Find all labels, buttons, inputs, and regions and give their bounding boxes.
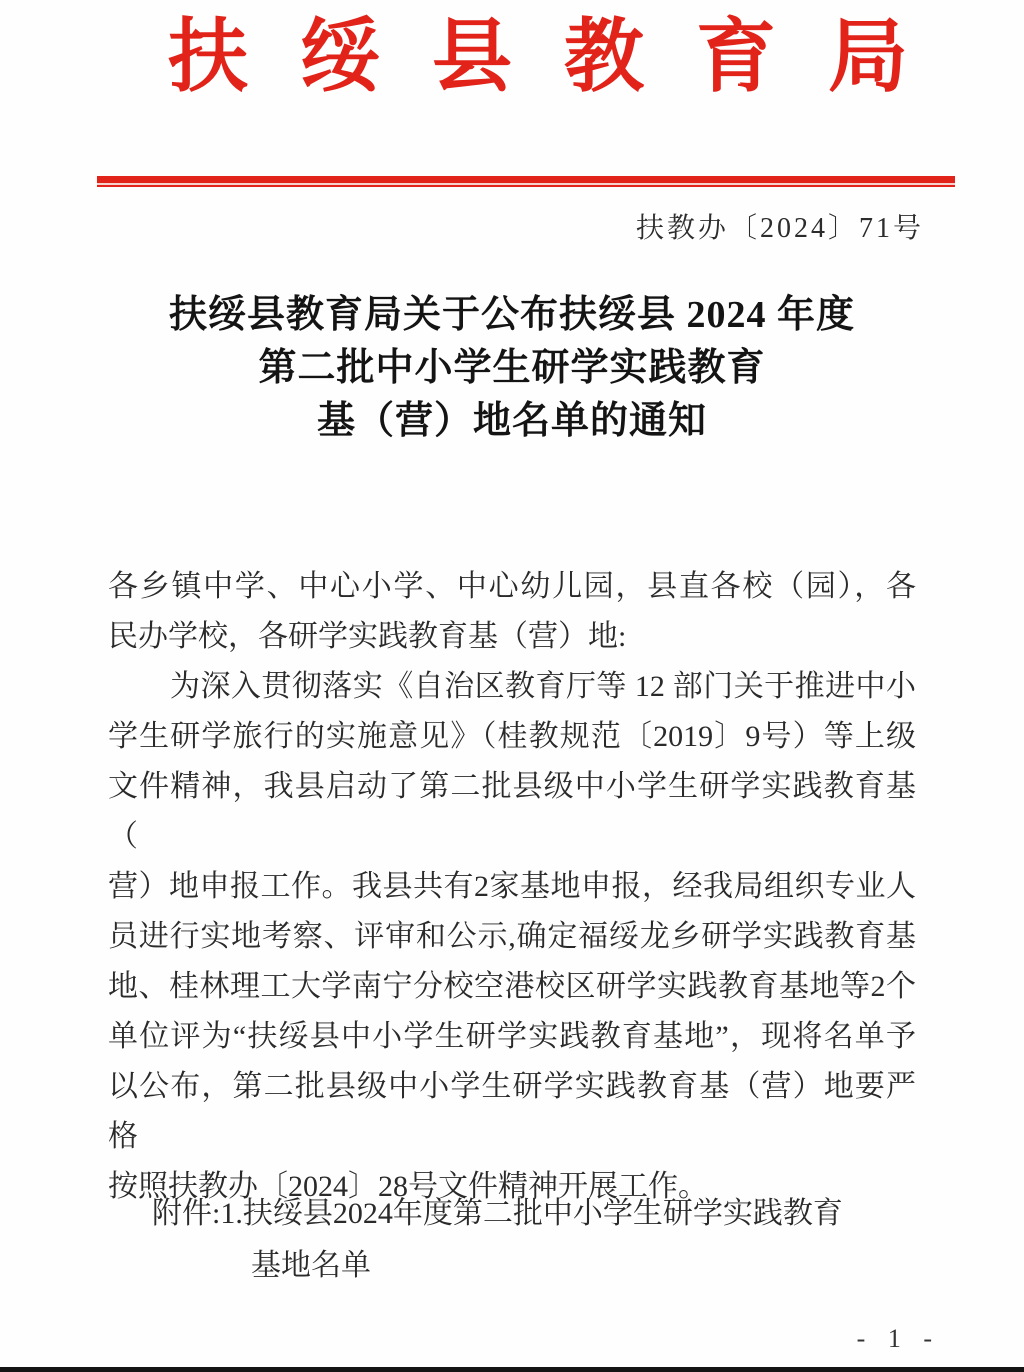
attachment-section: 附件:1.扶绥县2024年度第二批中小学生研学实践教育 基地名单 <box>108 1188 916 1292</box>
scan-bottom-edge <box>0 1367 1024 1372</box>
body-line: 地、桂林理工大学南宁分校空港校区研学实践教育基地等2个 <box>108 962 916 1012</box>
body-line: 文件精神，我县启动了第二批县级中小学生研学实践教育基（ <box>108 762 916 862</box>
document-number: 扶教办〔2024〕71号 <box>636 206 924 246</box>
salutation-line: 民办学校，各研学实践教育基（营）地: <box>108 612 916 662</box>
body-line: 以公布，第二批县级中小学生研学实践教育基（营）地要严格 <box>108 1062 916 1162</box>
agency-header-title: 扶绥县教育局 <box>168 10 960 106</box>
document-title: 扶绥县教育局关于公布扶绥县 2024 年度 第二批中小学生研学实践教育 基（营）… <box>0 289 1024 448</box>
title-line-1: 扶绥县教育局关于公布扶绥县 2024 年度 <box>0 289 1024 342</box>
rule-thin-line <box>97 185 955 187</box>
attachment-line-1: 附件:1.扶绥县2024年度第二批中小学生研学实践教育 <box>108 1188 916 1240</box>
body-line: 单位评为“扶绥县中小学生研学实践教育基地”，现将名单予 <box>108 1012 916 1062</box>
rule-thick-line <box>97 176 955 183</box>
document-body: 各乡镇中学、中心小学、中心幼儿园，县直各校（园），各 民办学校，各研学实践教育基… <box>108 562 916 1212</box>
body-line: 学生研学旅行的实施意见》（桂教规范〔2019〕9号）等上级 <box>108 712 916 762</box>
page-number: - 1 - <box>857 1324 940 1354</box>
salutation-line: 各乡镇中学、中心小学、中心幼儿园，县直各校（园），各 <box>108 562 916 612</box>
body-line: 为深入贯彻落实《自治区教育厅等 12 部门关于推进中小 <box>108 662 916 712</box>
red-separator-rule <box>97 176 955 187</box>
title-line-3: 基（营）地名单的通知 <box>0 395 1024 448</box>
document-page: 扶绥县教育局 扶教办〔2024〕71号 扶绥县教育局关于公布扶绥县 2024 年… <box>0 0 1024 1372</box>
attachment-line-2: 基地名单 <box>108 1240 916 1292</box>
title-line-2: 第二批中小学生研学实践教育 <box>0 342 1024 395</box>
body-line: 员进行实地考察、评审和公示,确定福绥龙乡研学实践教育基 <box>108 912 916 962</box>
body-line: 营）地申报工作。我县共有2家基地申报，经我局组织专业人 <box>108 862 916 912</box>
